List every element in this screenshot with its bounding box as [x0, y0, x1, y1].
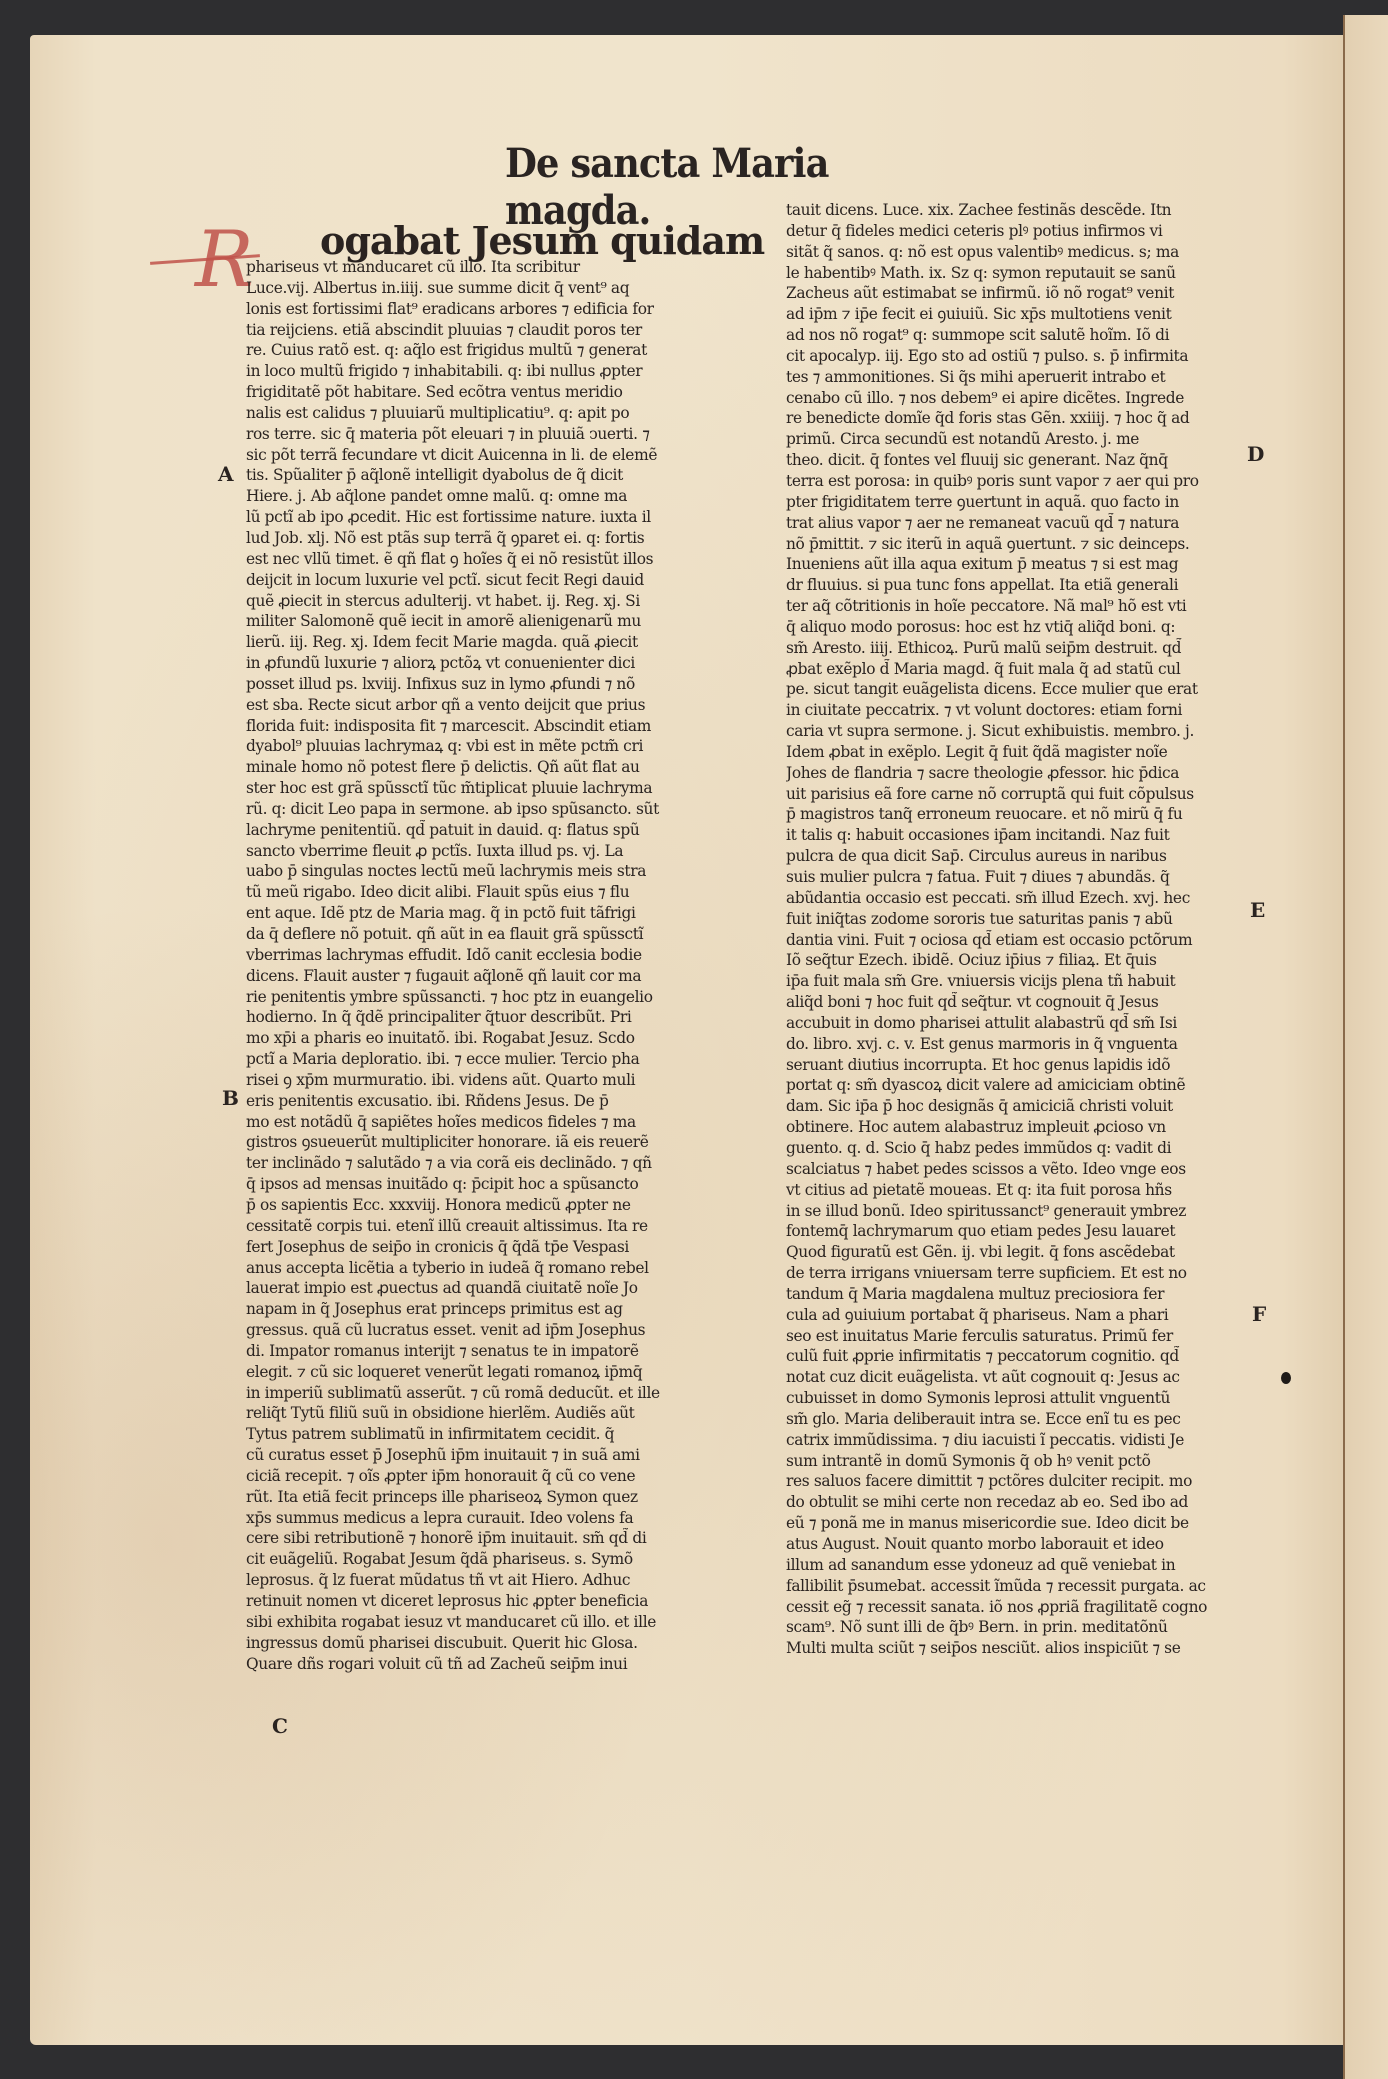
- text-line: primũ. Circa secundũ est notandũ Aresto.…: [786, 429, 1248, 450]
- text-line: sm̃ Aresto. iiij. Ethicoꝝ. Purũ malũ sei…: [786, 638, 1248, 659]
- text-line: pter frigiditatem terre ꝯuertunt in aquã…: [786, 492, 1248, 513]
- text-line: frigiditatẽ põt habitare. Sed ecõtra ven…: [246, 382, 758, 403]
- text-line: Hiere. j. Ab aq̃lone pandet omne malũ. q…: [246, 486, 758, 507]
- text-line: anus accepta licẽtia a tyberio in iudeã …: [246, 1258, 758, 1279]
- text-line: tes ⁊ ammonitiones. Si q̃s mihi aperueri…: [786, 367, 1248, 388]
- text-line: cit apocalyp. iij. Ego sto ad ostiũ ⁊ pu…: [786, 346, 1248, 367]
- margin-letter-f: F: [1252, 1302, 1266, 1326]
- text-line: cere sibi retributionẽ ⁊ honorẽ ip̄m inu…: [246, 1528, 758, 1549]
- text-line: ip̄a fuit mala sm̃ Gre. vniuersis vicijs…: [786, 971, 1248, 992]
- text-line: tandum q̄ Maria magdalena multuz precios…: [786, 1284, 1248, 1305]
- text-line: fuit iniq̃tas zodome sororis tue saturit…: [786, 909, 1248, 930]
- text-line: posset illud ps. lxviij. Infixus suz in …: [246, 674, 758, 695]
- text-line: lauerat impio est ꝓuectus ad quandã ciui…: [246, 1278, 758, 1299]
- text-line: in imperiũ sublimatũ asserũt. ⁊ cũ romã …: [246, 1383, 758, 1404]
- text-line: retinuit nomen vt diceret leprosus hic ꝓ…: [246, 1591, 758, 1612]
- text-line: p̄ os sapientis Ecc. xxxviij. Honora med…: [246, 1195, 758, 1216]
- text-line: terra est porosa: in quibꝰ poris sunt va…: [786, 471, 1248, 492]
- text-line: culũ fuit ꝓprie infirmitatis ⁊ peccatoru…: [786, 1346, 1248, 1367]
- text-line: quẽ ꝓiecit in stercus adulterij. vt habe…: [246, 591, 758, 612]
- text-line: tũ meũ rigabo. Ideo dicit alibi. Flauit …: [246, 882, 758, 903]
- text-line: deijcit in locum luxurie vel pctĩ. sicut…: [246, 570, 758, 591]
- text-line: cula ad ꝯuiuium portabat q̃ phariseus. N…: [786, 1305, 1248, 1326]
- text-line: aliq̃d boni ⁊ hoc fuit qd̃ seq̃tur. vt c…: [786, 992, 1248, 1013]
- text-line: phariseus vt manducaret cũ illo. Ita scr…: [246, 257, 758, 278]
- text-line: illum ad sanandum esse ydoneuz ad quẽ ve…: [786, 1555, 1248, 1576]
- text-line: Inueniens aũt illa aqua exitum p̄ meatus…: [786, 554, 1248, 575]
- text-line: tauit dicens. Luce. xix. Zachee festinãs…: [786, 200, 1248, 221]
- text-line: Multi multa sciũt ⁊ seip̄os nesciũt. ali…: [786, 1638, 1248, 1659]
- text-line: Luce.vij. Albertus in.iiij. sue summe di…: [246, 278, 758, 299]
- margin-letter-c: C: [272, 1714, 288, 1738]
- text-line: rũt. Ita etiã fecit princeps ille pharis…: [246, 1487, 758, 1508]
- text-line: re benedicte domĩe q̃d foris stas Gẽn. x…: [786, 408, 1248, 429]
- text-line: lierũ. iij. Reg. xj. Idem fecit Marie ma…: [246, 632, 758, 653]
- text-line: est nec vllũ timet. ẽ qñ flat ꝯ hoĩes q̃…: [246, 549, 758, 570]
- text-line: cubuisset in domo Symonis leprosi attuli…: [786, 1388, 1248, 1409]
- text-line: nalis est calidus ⁊ pluuiarũ multiplicat…: [246, 403, 758, 424]
- margin-letter-e: E: [1250, 898, 1265, 922]
- text-line: pulcra de qua dicit Sap̄. Circulus aureu…: [786, 846, 1248, 867]
- text-line: res saluos facere dimittit ⁊ pctõres dul…: [786, 1471, 1248, 1492]
- text-line: guento. q. d. Scio q̄ habz pedes immũdos…: [786, 1138, 1248, 1159]
- text-line: q̄ ipsos ad mensas inuitãdo q: p̄cipit h…: [246, 1174, 758, 1195]
- text-line: napam in q̃ Josephus erat princeps primi…: [246, 1299, 758, 1320]
- text-line: lũ pctĩ ab ipo ꝓcedit. Hic est fortissim…: [246, 507, 758, 528]
- text-line: atus August. Nouit quanto morbo laboraui…: [786, 1534, 1248, 1555]
- text-line: xp̄s summus medicus a lepra curauit. Ide…: [246, 1508, 758, 1529]
- text-line: obtinere. Hoc autem alabastruz impleuit …: [786, 1117, 1248, 1138]
- text-line: seo est inuitatus Marie ferculis saturat…: [786, 1326, 1248, 1347]
- text-line: dantia vini. Fuit ⁊ ociosa qd̃ etiam est…: [786, 930, 1248, 951]
- text-line: Tytus patrem sublimatũ in infirmitatem c…: [246, 1424, 758, 1445]
- text-line: dam. Sic ip̄a p̄ hoc designãs q̄ amicici…: [786, 1096, 1248, 1117]
- text-line: ingressus domũ pharisei discubuit. Queri…: [246, 1633, 758, 1654]
- ink-blot: [1281, 1372, 1291, 1384]
- text-line: notat cuz dicit euãgelista. vt aũt cogno…: [786, 1367, 1248, 1388]
- text-line: Iõ seq̃tur Ezech. ibidẽ. Ociuz ip̄ius ⁊ …: [786, 950, 1248, 971]
- text-line: do. libro. xvj. c. v. Est genus marmoris…: [786, 1034, 1248, 1055]
- text-line: ent aque. Idẽ ptz de Maria mag. q̃ in pc…: [246, 903, 758, 924]
- text-line: eris penitentis excusatio. ibi. Rñdens J…: [246, 1091, 758, 1112]
- text-line: hodierno. In q̃ q̃dẽ principaliter q̃tuo…: [246, 1007, 758, 1028]
- text-line: tis. Spũaliter p̄ aq̃lonẽ intelligit dya…: [246, 465, 758, 486]
- text-line: ter inclinãdo ⁊ salutãdo ⁊ a via corã ei…: [246, 1153, 758, 1174]
- text-line: seruant diutius incorrupta. Et hoc genus…: [786, 1055, 1248, 1076]
- text-line: ster hoc est grã spũssctĩ tũc m̃tiplicat…: [246, 778, 758, 799]
- text-line: sm̃ glo. Maria deliberauit intra se. Ecc…: [786, 1409, 1248, 1430]
- text-line: fallibilit p̄sumebat. accessit ĩmũda ⁊ r…: [786, 1576, 1248, 1597]
- text-line: ter aq̃ cõtritionis in hoĩe peccatore. N…: [786, 596, 1248, 617]
- text-line: reliq̃t Tytũ filiũ suũ in obsidione hier…: [246, 1403, 758, 1424]
- text-line: fontemq̄ lachrymarum quo etiam pedes Jes…: [786, 1221, 1248, 1242]
- text-line: accubuit in domo pharisei attulit alabas…: [786, 1013, 1248, 1034]
- text-line: vt citius ad pietatẽ moueas. Et q: ita f…: [786, 1180, 1248, 1201]
- left-text-column: phariseus vt manducaret cũ illo. Ita scr…: [246, 257, 758, 1674]
- text-line: it talis q: habuit occasiones ip̄am inci…: [786, 825, 1248, 846]
- text-line: est sba. Recte sicut arbor qñ a vento de…: [246, 695, 758, 716]
- text-line: Zacheus aũt estimabat se infirmũ. iõ nõ …: [786, 283, 1248, 304]
- text-line: scam⁹. Nõ sunt illi de q̃bꝰ Bern. in pri…: [786, 1617, 1248, 1638]
- text-line: theo. dicit. q̄ fontes vel fluuij sic ge…: [786, 450, 1248, 471]
- text-line: elegit. ⁊ cũ sic loqueret venerũt legati…: [246, 1362, 758, 1383]
- text-line: rũ. q: dicit Leo papa in sermone. ab ips…: [246, 799, 758, 820]
- text-line: le habentibꝰ Math. ix. Sz q: symon reput…: [786, 263, 1248, 284]
- text-line: trat alius vapor ⁊ aer ne remaneat vacuũ…: [786, 513, 1248, 534]
- text-line: cit euãgeliũ. Rogabat Jesum q̃dã pharise…: [246, 1549, 758, 1570]
- text-line: florida fuit: indisposita fit ⁊ marcesci…: [246, 716, 758, 737]
- text-line: Quare dñs rogari voluit cũ tñ ad Zacheũ …: [246, 1654, 758, 1675]
- text-line: gressus. quã cũ lucratus esset. venit ad…: [246, 1320, 758, 1341]
- text-line: Idem ꝓbat in exẽplo. Legit q̄ fuit q̃dã …: [786, 742, 1248, 763]
- margin-letter-a: A: [218, 462, 234, 486]
- text-line: mo xp̄i a pharis eo inuitatõ. ibi. Rogab…: [246, 1028, 758, 1049]
- text-line: dr fluuius. si pua tunc fons appellat. I…: [786, 575, 1248, 596]
- text-line: leprosus. q̃ lz fuerat mũdatus tñ vt ait…: [246, 1570, 758, 1591]
- text-line: Quod figuratũ est Gẽn. ij. vbi legit. q̄…: [786, 1242, 1248, 1263]
- text-line: fert Josephus de seip̄o in cronicis q̄ q…: [246, 1237, 758, 1258]
- text-line: in se illud bonũ. Ideo spiritussanct⁹ ge…: [786, 1201, 1248, 1222]
- text-line: ad nos nõ rogat⁹ q: summope scit salutẽ …: [786, 325, 1248, 346]
- text-line: risei ꝯ xp̄m murmuratio. ibi. videns aũt…: [246, 1070, 758, 1091]
- text-line: portat q: sm̃ dyascoꝝ dicit valere ad am…: [786, 1075, 1248, 1096]
- text-line: lud Job. xlj. Nõ est ptãs sup terrã q̃ ꝯ…: [246, 528, 758, 549]
- text-line: militer Salomonẽ quẽ iecit in amorẽ alie…: [246, 611, 758, 632]
- text-line: cessit eg̃ ⁊ recessit sanata. iõ nos ꝓpr…: [786, 1597, 1248, 1618]
- text-line: dicens. Flauit auster ⁊ fugauit aq̃lonẽ …: [246, 966, 758, 987]
- text-line: abũdantia occasio est peccati. sm̃ illud…: [786, 888, 1248, 909]
- text-line: q̄ aliquo modo porosus: hoc est hz vtiq̄…: [786, 617, 1248, 638]
- text-line: sancto vberrime fleuit ꝓ pctĩs. Iuxta il…: [246, 841, 758, 862]
- text-line: gistros ꝯsueuerũt multipliciter honorare…: [246, 1132, 758, 1153]
- text-line: minale homo nõ potest flere p̄ delictis.…: [246, 757, 758, 778]
- text-line: mo est notãdũ q̄ sapiẽtes hoĩes medicos …: [246, 1112, 758, 1133]
- text-line: cũ curatus esset p̄ Josephũ ip̄m inuitau…: [246, 1445, 758, 1466]
- text-line: sitãt q̃ sanos. q: nõ est opus valentibꝰ…: [786, 242, 1248, 263]
- text-line: detur q̄ fideles medici ceteris plꝰ poti…: [786, 221, 1248, 242]
- text-line: da q̄ deflere nõ potuit. qñ aũt in ea fl…: [246, 924, 758, 945]
- text-line: do obtulit se mihi certe non recedaz ab …: [786, 1492, 1248, 1513]
- text-line: sum intrantẽ in domũ Symonis q̃ ob hꝰ ve…: [786, 1451, 1248, 1472]
- text-line: caria vt supra sermone. j. Sicut exhibui…: [786, 721, 1248, 742]
- text-line: vberrimas lachrymas effudit. Idõ canit e…: [246, 945, 758, 966]
- text-line: ciciã recepit. ⁊ oĩs ꝓpter ip̄m honoraui…: [246, 1466, 758, 1487]
- margin-letter-b: B: [222, 1086, 239, 1110]
- text-line: p̄ magistros tanq̃ erroneum reuocare. et…: [786, 804, 1248, 825]
- text-line: uit parisius eã fore carne nõ corruptã q…: [786, 784, 1248, 805]
- margin-letter-d: D: [1247, 442, 1264, 466]
- text-line: in ꝓfundũ luxurie ⁊ aliorꝝ pctõꝝ vt conu…: [246, 653, 758, 674]
- text-line: ꝓbat exẽplo d̃ Maria magd. q̃ fuit mala …: [786, 659, 1248, 680]
- text-line: ad ip̄m ⁊ ip̄e fecit ei ꝯuiuiũ. Sic xp̄s…: [786, 304, 1248, 325]
- text-line: ros terre. sic q̄ materia põt eleuari ⁊ …: [246, 424, 758, 445]
- right-text-column: tauit dicens. Luce. xix. Zachee festinãs…: [786, 200, 1248, 1659]
- text-line: cessitatẽ corpis tui. etenĩ illũ creauit…: [246, 1216, 758, 1237]
- text-line: in ciuitate peccatrix. ⁊ vt volunt docto…: [786, 700, 1248, 721]
- text-line: Johes de flandria ⁊ sacre theologie ꝓfes…: [786, 763, 1248, 784]
- text-line: de terra irrigans vniuersam terre supfic…: [786, 1263, 1248, 1284]
- text-line: uabo p̄ singulas noctes lectũ meũ lachry…: [246, 861, 758, 882]
- text-line: di. Impator romanus interijt ⁊ senatus t…: [246, 1341, 758, 1362]
- text-line: sibi exhibita rogabat iesuz vt manducare…: [246, 1612, 758, 1633]
- text-line: in loco multũ frigido ⁊ inhabitabili. q:…: [246, 361, 758, 382]
- text-line: nõ p̄mittit. ⁊ sic iterũ in aquã ꝯuertun…: [786, 534, 1248, 555]
- text-line: rie penitentis ymbre spũssancti. ⁊ hoc p…: [246, 987, 758, 1008]
- text-line: eũ ⁊ ponã me in manus misericordie sue. …: [786, 1513, 1248, 1534]
- text-line: lonis est fortissimi flat⁹ eradicans arb…: [246, 299, 758, 320]
- text-line: lachryme penitentiũ. qd̃ patuit in dauid…: [246, 820, 758, 841]
- facing-page-edge: [1345, 15, 1388, 2079]
- text-line: suis mulier pulcra ⁊ fatua. Fuit ⁊ diues…: [786, 867, 1248, 888]
- text-line: catrix immũdissima. ⁊ diu iacuisti ĩ pec…: [786, 1430, 1248, 1451]
- text-line: dyabol⁹ pluuias lachrymaꝝ q: vbi est in …: [246, 736, 758, 757]
- text-line: scalciatus ⁊ habet pedes scissos a vẽto.…: [786, 1159, 1248, 1180]
- text-line: pe. sicut tangit euãgelista dicens. Ecce…: [786, 679, 1248, 700]
- text-line: sic põt terrã fecundare vt dicit Auicenn…: [246, 445, 758, 466]
- text-line: pctĩ a Maria deploratio. ibi. ⁊ ecce mul…: [246, 1049, 758, 1070]
- text-line: re. Cuius ratõ est. q: aq̃lo est frigidu…: [246, 340, 758, 361]
- text-line: cenabo cũ illo. ⁊ nos debem⁹ ei apire di…: [786, 388, 1248, 409]
- rubricated-initial-r: R: [195, 215, 254, 305]
- text-line: tia reijciens. etiã abscindit pluuias ⁊ …: [246, 320, 758, 341]
